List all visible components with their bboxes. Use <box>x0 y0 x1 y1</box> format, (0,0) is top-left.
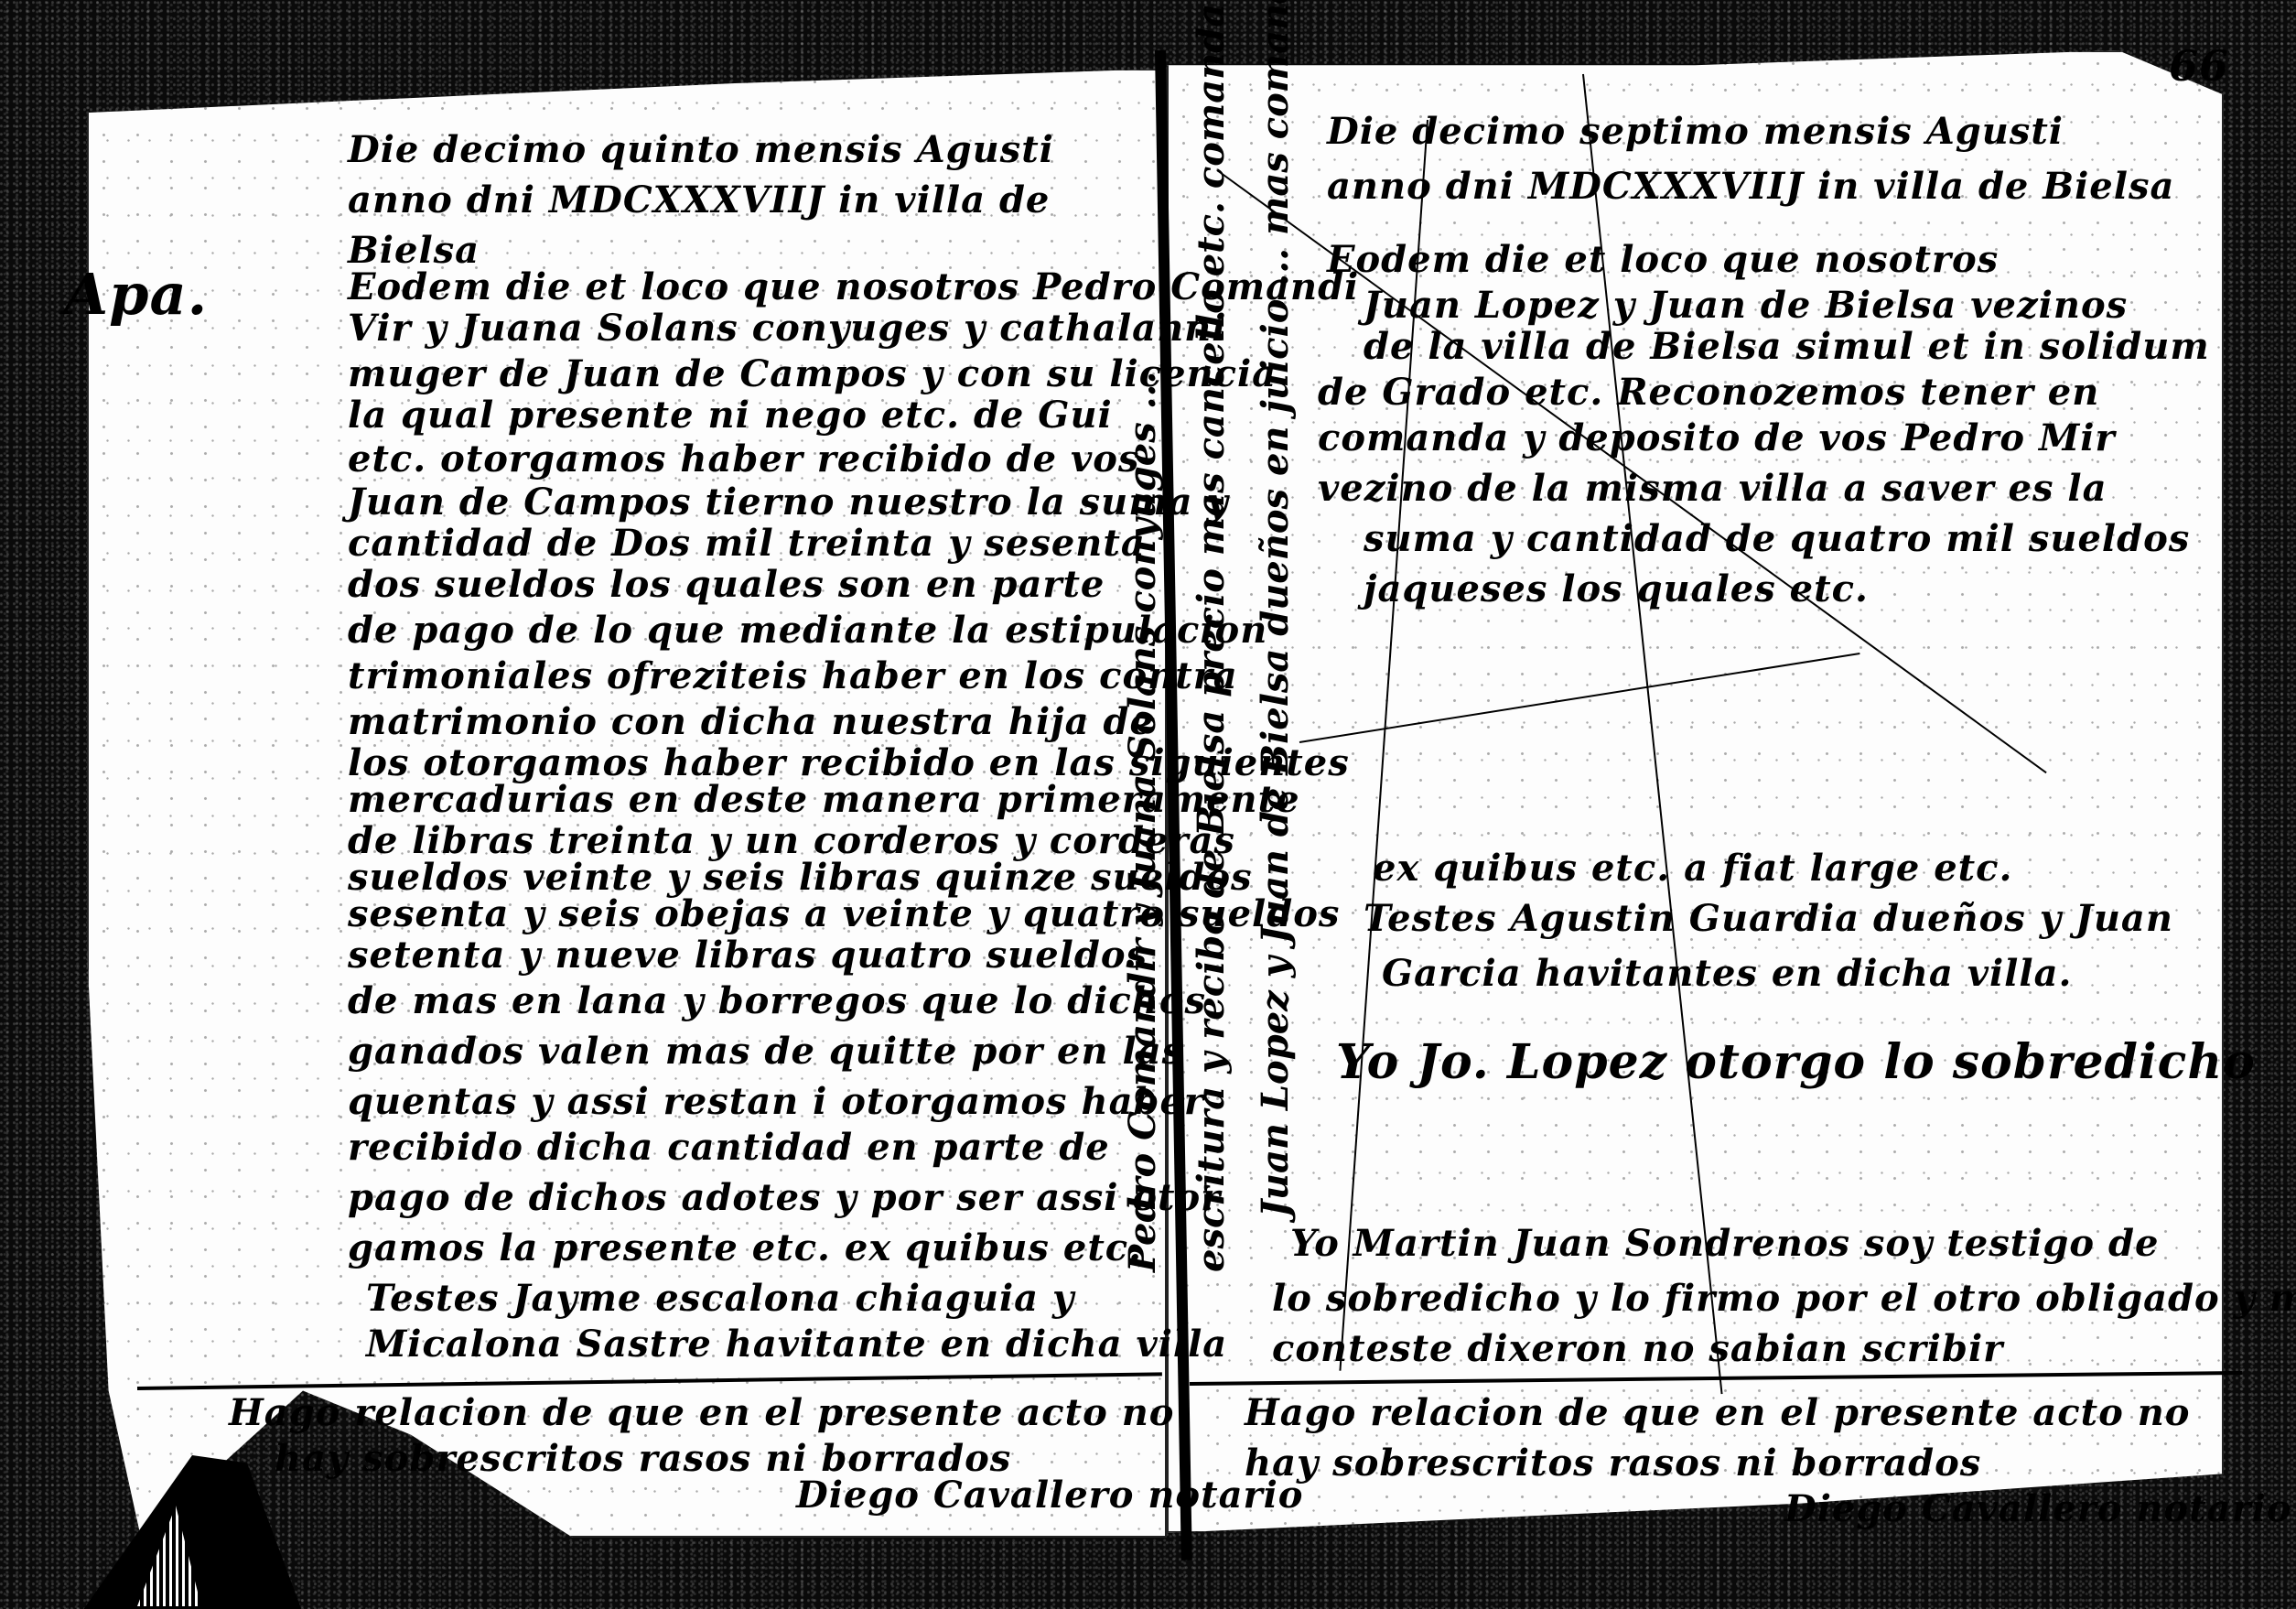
text-line: Juan de Campos tierno nuestro la suma y <box>348 481 1229 524</box>
text-line: pago de dichos adotes y por ser assi oto… <box>348 1176 1221 1219</box>
signatory-line: Yo Jo. Lopez otorgo lo sobredicho <box>1336 1034 2256 1090</box>
text-line: lo sobredicho y lo firmo por el otro obl… <box>1272 1277 2296 1320</box>
text-line: de mas en lana y borregos que lo dichos <box>348 979 1206 1022</box>
footer-line: Hago relacion de que en el presente acto… <box>1245 1391 2190 1434</box>
notary-signature: Diego Cavallero notario <box>1784 1487 2291 1530</box>
gutter-note: escritura y recibo de Bielsa precio mas … <box>1190 0 1233 1272</box>
text-line: Garcia havitantes en dicha villa. <box>1382 952 2072 995</box>
gutter-note: Pedro Comandir y Juana Solans conyuges .… <box>1121 372 1164 1272</box>
text-line: anno dni MDCXXXVIIJ in villa de Bielsa <box>1327 165 2174 208</box>
text-line: cantidad de Dos mil treinta y sesenta <box>348 522 1146 565</box>
text-line: suma y cantidad de quatro mil sueldos <box>1364 517 2190 560</box>
text-line: Juan Lopez y Juan de Bielsa vezinos <box>1364 284 2128 327</box>
footer-line: hay sobrescritos rasos ni borrados <box>1245 1442 1981 1485</box>
text-line: trimoniales ofreziteis haber en los cont… <box>348 654 1238 697</box>
text-line: de Grado etc. Reconozemos tener en <box>1318 371 2099 414</box>
text-line: setenta y nueve libras quatro sueldos <box>348 934 1148 977</box>
text-line: la qual presente ni nego etc. de Gui <box>348 394 1113 437</box>
text-line: ganados valen mas de quitte por en las <box>348 1030 1183 1073</box>
text-line: gamos la presente etc. ex quibus etc. <box>348 1226 1142 1269</box>
text-line: dos sueldos los quales son en parte <box>348 563 1105 606</box>
text-line: matrimonio con dicha nuestra hija de <box>348 700 1154 743</box>
page-number: 66 <box>2169 41 2229 91</box>
text-line: Micalona Sastre havitante en dicha villa <box>366 1323 1227 1366</box>
text-line: Testes Jayme escalona chiaguia y <box>366 1277 1074 1320</box>
text-line: ex quibus etc. a fiat large etc. <box>1373 847 2012 890</box>
text-line: Testes Agustin Guardia dueños y Juan <box>1364 897 2173 940</box>
text-line: comanda y deposito de vos Pedro Mir <box>1318 416 2116 459</box>
text-line: Vir y Juana Solans conyuges y cathalanni <box>348 307 1226 350</box>
text-line: anno dni MDCXXXVIIJ in villa de <box>348 178 1050 221</box>
text-line: conteste dixeron no sabian scribir <box>1272 1327 2003 1370</box>
text-line: Eodem die et loco que nosotros <box>1327 238 1999 281</box>
text-line: etc. otorgamos haber recibido de vos <box>348 437 1139 481</box>
notary-signature: Diego Cavallero notario <box>796 1474 1303 1517</box>
text-line: vezino de la misma villa a saver es la <box>1318 467 2107 510</box>
text-line: quentas y assi restan i otorgamos haber <box>348 1080 1204 1123</box>
text-line: Die decimo septimo mensis Agusti <box>1327 110 2064 153</box>
footer-line: Hago relacion de que en el presente acto… <box>229 1391 1174 1434</box>
text-line: recibido dicha cantidad en parte de <box>348 1126 1110 1169</box>
text-line: de la villa de Bielsa simul et in solidu… <box>1364 325 2210 368</box>
text-line: Die decimo quinto mensis Agusti <box>348 128 1054 171</box>
gutter-note: Juan Lopez y Juan de Bielsa dueños en ju… <box>1254 0 1297 1217</box>
text-line: Yo Martin Juan Sondrenos soy testigo de <box>1290 1222 2159 1265</box>
left-margin-note: Apa. <box>64 261 208 328</box>
